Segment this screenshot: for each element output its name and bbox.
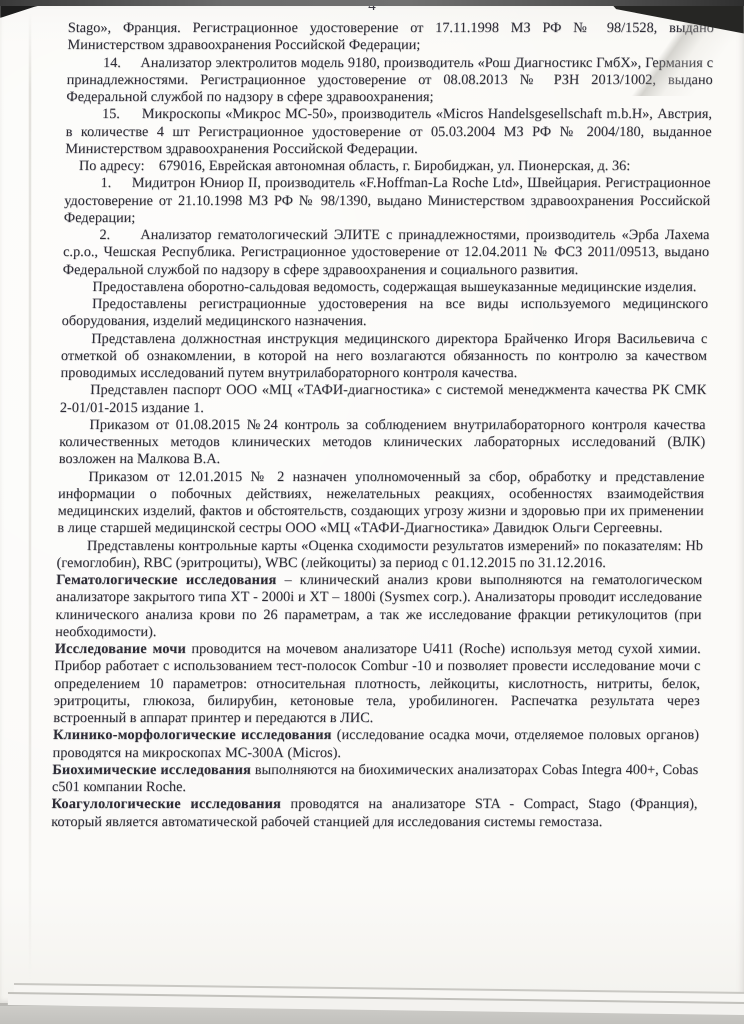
text-run: Представлен паспорт ООО «МЦ «ТАФИ-диагно… bbox=[60, 382, 707, 415]
paragraph: Приказом от 01.08.2015 №24 контроль за с… bbox=[59, 417, 706, 469]
paragraph: Гематологические исследования – клиничес… bbox=[55, 572, 702, 641]
left-crease-line bbox=[29, 12, 31, 980]
bold-run: Клинико-морфологические исследования bbox=[53, 727, 332, 743]
bold-run: Исследование мочи bbox=[55, 641, 187, 657]
text-run: Предоставлены регистрационные удостовере… bbox=[62, 296, 709, 329]
text-run: Представлена должностная инструкция меди… bbox=[60, 331, 707, 382]
scanner-top-edge bbox=[0, 0, 744, 6]
paragraph: Биохимические исследования выполняются н… bbox=[52, 762, 699, 797]
text-run: Представлены контрольные карты «Оценка с… bbox=[56, 538, 703, 571]
paragraph: Представлены контрольные карты «Оценка с… bbox=[56, 538, 703, 573]
bold-run: Коагулологические исследования bbox=[51, 796, 281, 812]
paragraph: Клинико-морфологические исследования (ис… bbox=[52, 727, 699, 762]
paragraph: Предоставлена оборотно-сальдовая ведомос… bbox=[62, 279, 708, 296]
paragraph: По адресу: 679016, Еврейская автономная … bbox=[65, 158, 711, 175]
text-run: Приказом от 12.01.2015 № 2 назначен упол… bbox=[57, 469, 704, 537]
text-run: 15. Микроскопы «Микрос МС-50», производи… bbox=[65, 106, 712, 157]
paragraph: Предоставлены регистрационные удостовере… bbox=[61, 296, 708, 331]
paragraph: Представлен паспорт ООО «МЦ «ТАФИ-диагно… bbox=[60, 382, 707, 417]
paragraph: 15. Микроскопы «Микрос МС-50», производи… bbox=[65, 106, 712, 158]
paragraph: Приказом от 12.01.2015 № 2 назначен упол… bbox=[57, 469, 704, 538]
bold-run: Гематологические исследования bbox=[56, 572, 277, 588]
text-run: 1. Мидитрон Юниор II, производитель «F.H… bbox=[64, 175, 711, 226]
bold-run: Биохимические исследования bbox=[52, 762, 251, 778]
paragraph: Исследование мочи проводится на мочевом … bbox=[53, 641, 701, 727]
text-run: 2. Анализатор гематологический ЭЛИТЕ с п… bbox=[63, 227, 710, 278]
text-run: По адресу: 679016, Еврейская автономная … bbox=[79, 158, 631, 174]
paragraph: Коагулологические исследования проводятс… bbox=[51, 796, 698, 831]
text-run: Предоставлена оборотно-сальдовая ведомос… bbox=[92, 279, 696, 295]
paragraph: 1. Мидитрон Юниор II, производитель «F.H… bbox=[64, 175, 711, 227]
scanned-document-page: 4 Stago», Франция. Регистрационное удост… bbox=[0, 0, 744, 1024]
paragraph: Представлена должностная инструкция меди… bbox=[60, 331, 707, 383]
document-body: Stago», Франция. Регистрационное удостов… bbox=[51, 20, 714, 831]
text-run: Приказом от 01.08.2015 №24 контроль за с… bbox=[59, 417, 706, 468]
paragraph: 2. Анализатор гематологический ЭЛИТЕ с п… bbox=[63, 227, 710, 279]
